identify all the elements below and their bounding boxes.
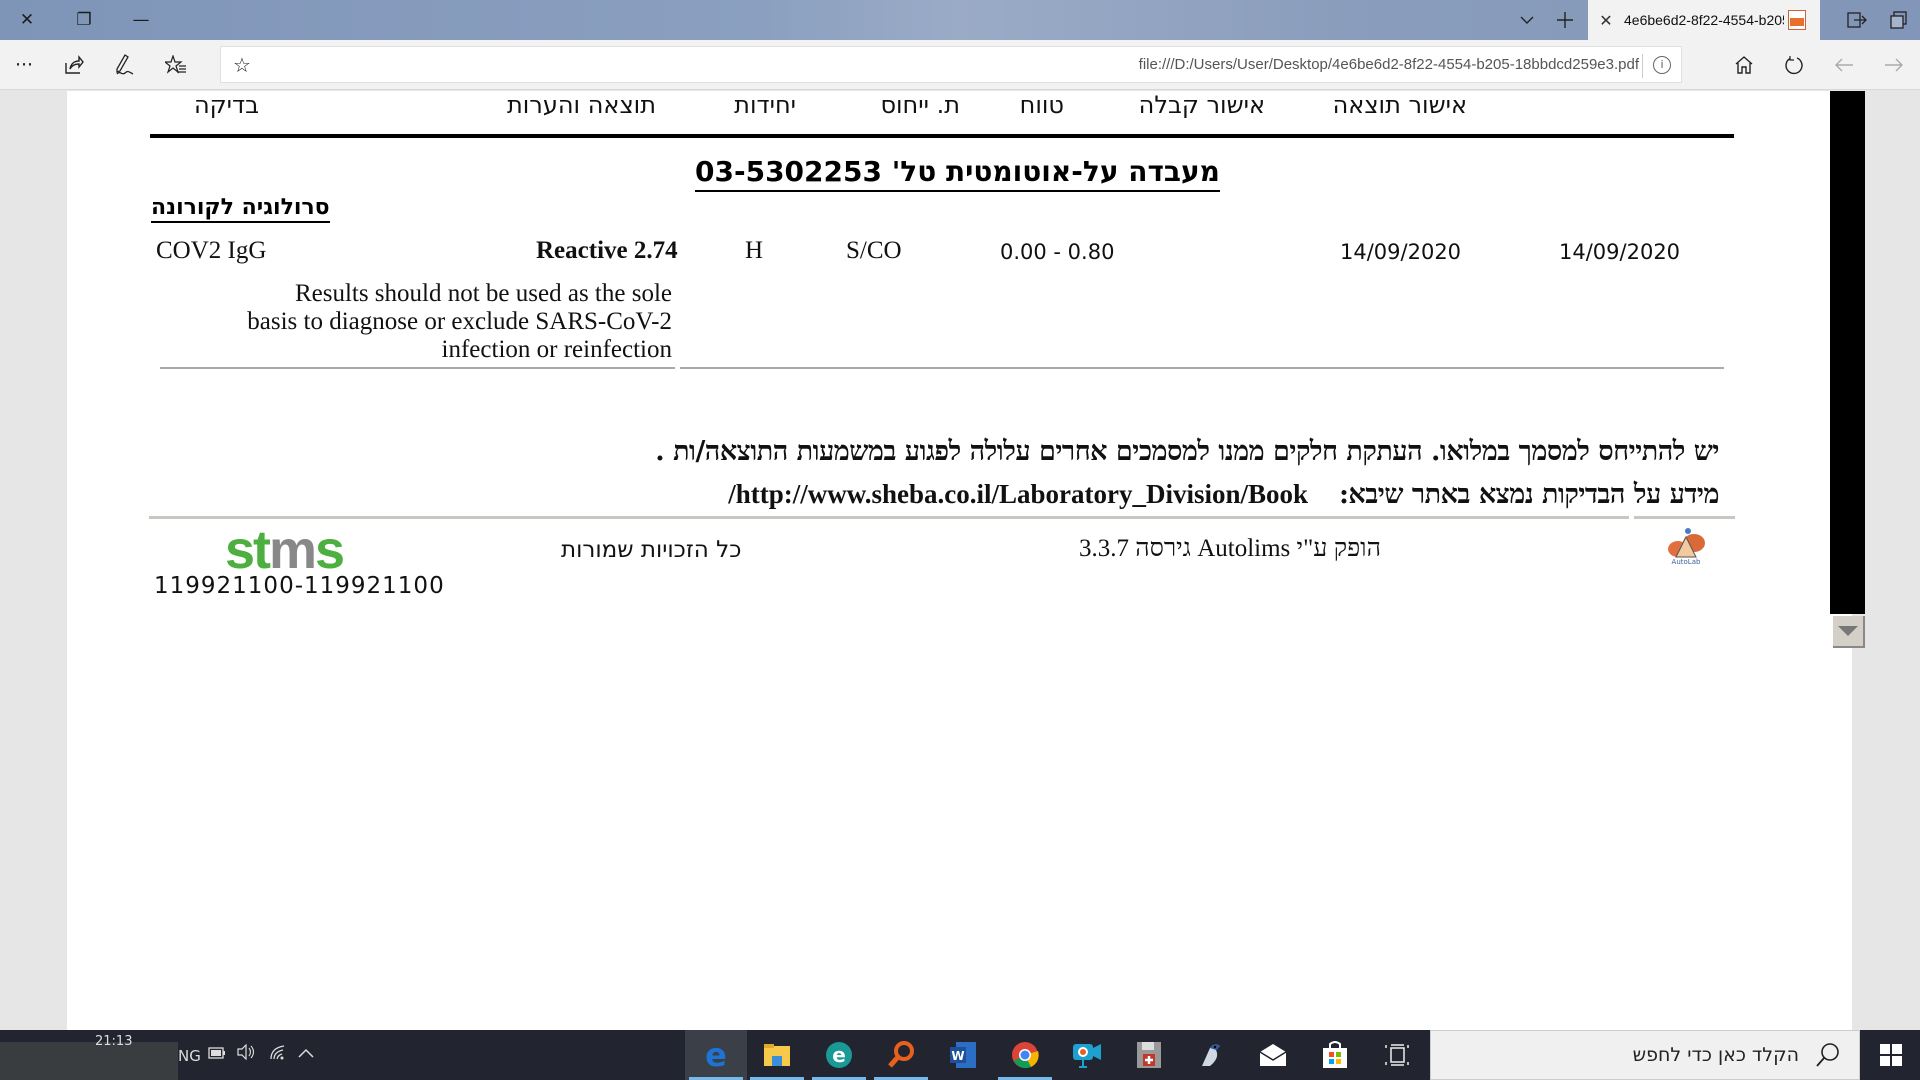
header-divider (150, 134, 1734, 138)
page-scrollbar-track[interactable] (1830, 91, 1865, 614)
taskbar-app-chrome[interactable] (994, 1030, 1056, 1080)
set-aside-tabs-button[interactable] (1836, 0, 1878, 40)
tab-pdf[interactable]: ✕ 4e6be6d2-8f22-4554-b205-18bbdcd259e3.p… (1588, 0, 1820, 40)
address-bar[interactable]: ☆ file:///D:/Users/User/Desktop/4e6be6d2… (220, 46, 1682, 83)
taskbar-app-mail[interactable] (1242, 1030, 1304, 1080)
tab-preview-button[interactable] (1878, 0, 1920, 40)
col-header-test: בדיקה (194, 91, 259, 119)
disclaimer-text: יש להתייחס למסמך במלואו. העתקת חלקים ממנ… (655, 436, 1719, 467)
svg-text:W: W (951, 1049, 964, 1063)
back-icon (1834, 57, 1854, 73)
search-icon (1815, 1041, 1841, 1069)
note-line: Results should not be used as the sole (167, 280, 672, 308)
word-icon: W (948, 1040, 978, 1070)
site-info-icon[interactable]: i (1653, 56, 1671, 74)
tab-preview-icon (1890, 11, 1908, 29)
test-name: COV2 IgG (156, 237, 266, 265)
more-icon: ··· (15, 54, 33, 76)
chevron-up-icon[interactable] (298, 1044, 314, 1063)
floppy-icon (1135, 1040, 1163, 1070)
battery-icon[interactable] (208, 1044, 226, 1063)
store-icon (1321, 1040, 1349, 1070)
lab-title: מעבדה על-אוטומטית טל' 03-5302253 (695, 155, 1220, 192)
home-button[interactable] (1724, 40, 1764, 90)
col-header-units: יחידות (734, 91, 796, 119)
result-note: Results should not be used as the sole b… (167, 280, 672, 364)
test-result: Reactive 2.74 (536, 237, 678, 265)
bird-icon (1196, 1040, 1226, 1070)
navigation-bar: ··· ☆ file:///D:/Users/User/Desktop/4e6b… (0, 40, 1920, 90)
note-line: infection or reinfection (167, 336, 672, 364)
barcode-number: 119921100-119921100 (154, 573, 445, 599)
result-units: S/CO (846, 237, 902, 265)
tray-overlay (0, 1042, 178, 1080)
col-header-range: טווח (1020, 91, 1064, 119)
taskbar-app-eset[interactable]: e (808, 1030, 870, 1080)
task-view-icon (1385, 1043, 1409, 1067)
pdf-viewer: אישור תוצאה אישור קבלה טווח ת. ייחוס יחי… (0, 91, 1920, 1030)
triangle-down-icon (1838, 626, 1858, 636)
forward-icon (1884, 57, 1904, 73)
new-tab-button[interactable] (1544, 0, 1586, 40)
webcam-icon (1071, 1040, 1103, 1070)
refresh-icon (1784, 55, 1804, 75)
taskbar-app-edge[interactable]: e (685, 1030, 747, 1080)
eset-icon: e (824, 1040, 854, 1070)
footer-divider (149, 516, 1629, 519)
section-title: סרולוגיה לקורונה (151, 195, 330, 223)
plus-icon (1557, 12, 1573, 28)
page-scroll-down-button[interactable] (1833, 616, 1865, 648)
taskbar-app-webcam[interactable] (1056, 1030, 1118, 1080)
add-favorite-star-icon[interactable]: ☆ (233, 53, 251, 77)
row-divider (680, 367, 1724, 369)
tab-close-button[interactable]: ✕ (1588, 11, 1624, 30)
notes-icon (113, 54, 135, 76)
info-link[interactable]: http://www.sheba.co.il/Laboratory_Divisi… (728, 479, 1308, 509)
svg-text:e: e (832, 1043, 846, 1067)
language-indicator[interactable]: NG (178, 1047, 201, 1065)
receipt-approval-date: 14/09/2020 (1340, 240, 1461, 264)
row-divider (160, 367, 675, 369)
rights-reserved: כל הזכויות שמורות (561, 537, 741, 563)
magnifier-app-icon (886, 1040, 916, 1070)
taskbar-app-bird[interactable] (1180, 1030, 1242, 1080)
stms-logo: stms (225, 521, 343, 579)
restore-window-button[interactable]: ❐ (63, 0, 105, 40)
mail-icon (1258, 1042, 1288, 1068)
footer-divider (1634, 516, 1735, 519)
add-notes-button[interactable] (104, 40, 144, 90)
note-line: basis to diagnose or exclude SARS-CoV-2 (167, 308, 672, 336)
result-flag: H (745, 237, 763, 265)
title-bar: ✕ ❐ — ✕ 4e6be6d2-8f22-4554-b205-18bbdcd2… (0, 0, 1920, 40)
pdf-icon (1788, 10, 1806, 30)
info-line: מידע על הבדיקות נמצא באתר שיבא: http://w… (728, 479, 1719, 510)
close-window-button[interactable]: ✕ (6, 0, 48, 40)
search-placeholder: הקלד כאן כדי לחפש (1633, 1044, 1799, 1066)
chrome-icon (1010, 1040, 1040, 1070)
clock[interactable]: 21:13 (95, 1034, 132, 1049)
taskbar-task-view[interactable] (1366, 1030, 1428, 1080)
taskbar-app-store[interactable] (1304, 1030, 1366, 1080)
minimize-window-button[interactable]: — (120, 0, 162, 40)
set-aside-tabs-icon (1847, 12, 1867, 28)
pdf-page: אישור תוצאה אישור קבלה טווח ת. ייחוס יחי… (67, 91, 1852, 1030)
favorites-hub-icon (165, 55, 187, 75)
share-icon (64, 55, 84, 75)
tab-title: 4e6be6d2-8f22-4554-b205-18bbdcd259e3.pdf (1624, 12, 1784, 28)
windows-logo-icon (1880, 1044, 1902, 1066)
svg-text:e: e (705, 1040, 727, 1070)
more-button[interactable]: ··· (4, 40, 44, 90)
folder-icon (762, 1042, 792, 1068)
autolab-logo-icon: AutoLab (1664, 527, 1708, 565)
refresh-button[interactable] (1774, 40, 1814, 90)
start-button[interactable] (1862, 1030, 1920, 1080)
url-text[interactable]: file:///D:/Users/User/Desktop/4e6be6d2-8… (1139, 56, 1639, 73)
taskbar-app-floppy[interactable] (1118, 1030, 1180, 1080)
edge-icon: e (701, 1040, 731, 1070)
producer-version: הופק ע"י Autolims גירסה 3.3.7 (1079, 535, 1381, 563)
forward-button[interactable] (1874, 40, 1914, 90)
col-header-reference-date: ת. ייחוס (880, 91, 960, 119)
taskbar-search[interactable]: הקלד כאן כדי לחפש (1430, 1030, 1860, 1080)
chevron-down-icon (1520, 15, 1534, 25)
tab-list-button[interactable] (1506, 0, 1548, 40)
svg-text:AutoLab: AutoLab (1672, 558, 1701, 565)
home-icon (1734, 55, 1754, 75)
share-button[interactable] (54, 40, 94, 90)
volume-icon[interactable] (236, 1044, 256, 1064)
col-header-result-approval: אישור תוצאה (1333, 91, 1467, 119)
wifi-icon[interactable] (269, 1044, 287, 1064)
back-button[interactable] (1824, 40, 1864, 90)
url-separator (1642, 54, 1643, 78)
taskbar: 21:13 NG e e W (0, 1030, 1920, 1080)
taskbar-app-file-explorer[interactable] (746, 1030, 808, 1080)
taskbar-app-word[interactable]: W (932, 1030, 994, 1080)
reference-range: 0.00 - 0.80 (1000, 240, 1114, 264)
favorites-hub-button[interactable] (156, 40, 196, 90)
col-header-receipt-approval: אישור קבלה (1139, 91, 1265, 119)
col-header-result-notes: תוצאה והערות (507, 91, 656, 119)
taskbar-app-search-tool[interactable] (870, 1030, 932, 1080)
result-approval-date: 14/09/2020 (1559, 240, 1680, 264)
info-label: מידע על הבדיקות נמצא באתר שיבא: (1339, 479, 1719, 510)
